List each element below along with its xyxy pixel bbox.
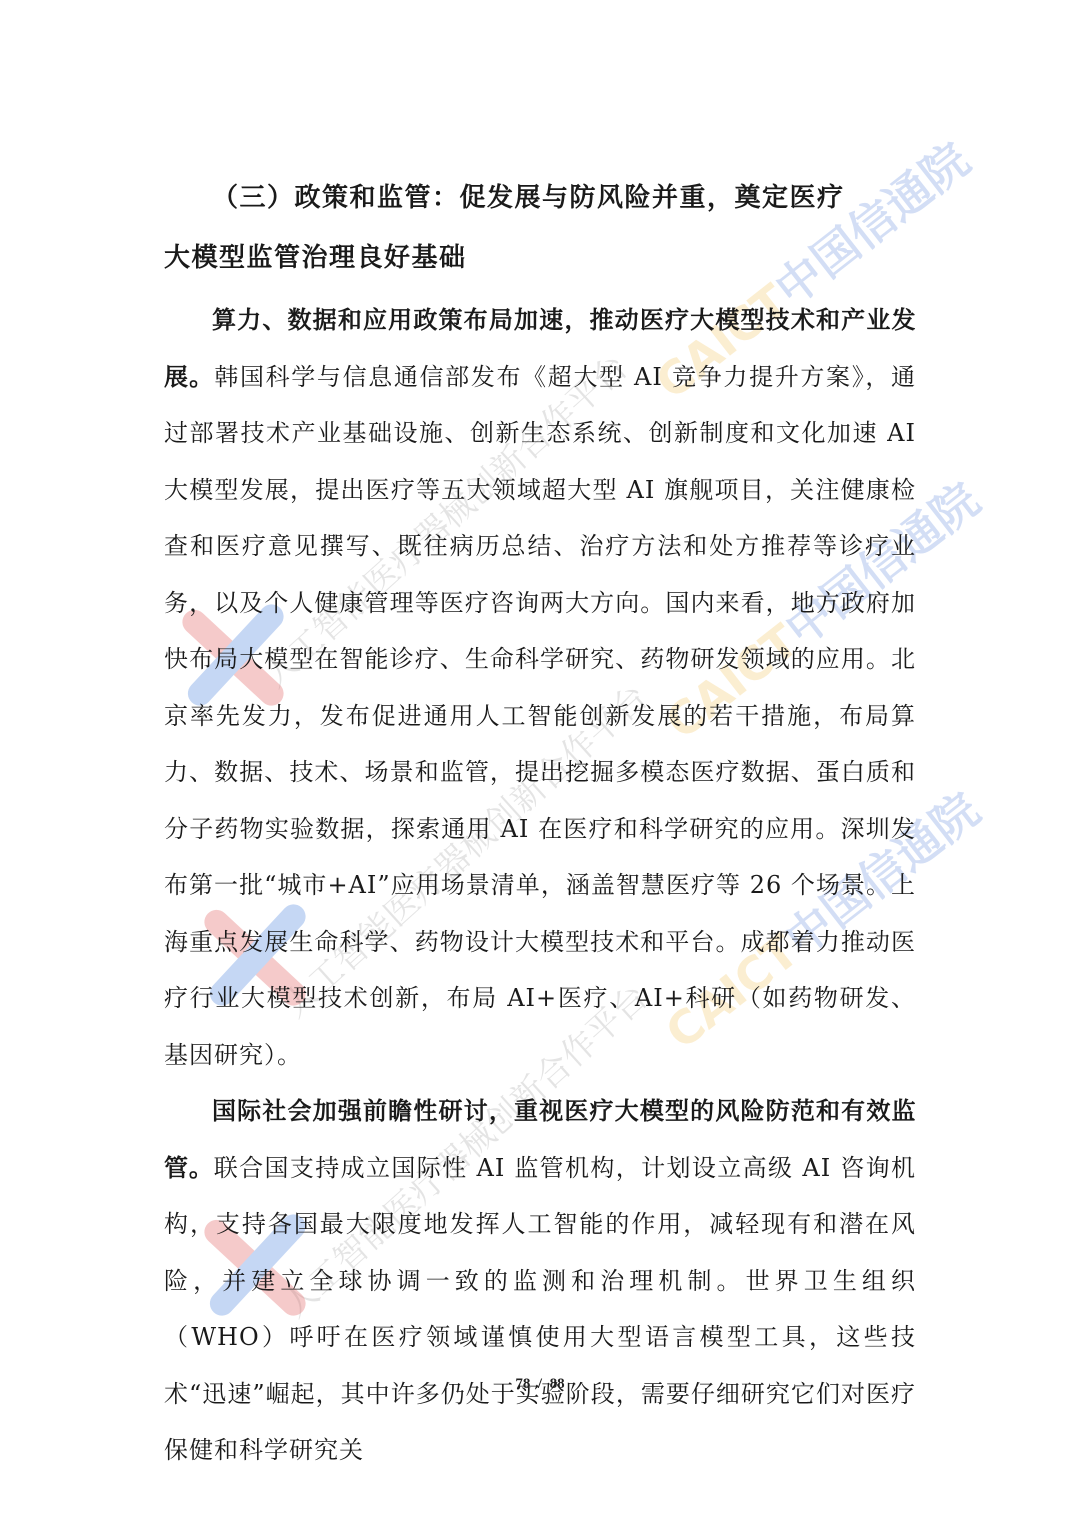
section-heading-line-2: 大模型监管治理良好基础	[164, 228, 916, 288]
page-current: 78	[515, 1376, 530, 1392]
page-separator: /	[538, 1376, 542, 1392]
section-heading: （三）政策和监管：促发展与防风险并重，奠定医疗 大模型监管治理良好基础	[164, 168, 916, 288]
paragraph-regulation: 国际社会加强前瞻性研讨，重视医疗大模型的风险防范和有效监管。联合国支持成立国际性…	[164, 1083, 916, 1479]
section-heading-line-1: （三）政策和监管：促发展与防风险并重，奠定医疗	[164, 168, 916, 228]
page-total: 88	[550, 1376, 565, 1392]
document-page: CAICT中国信通院 CAICT中国信通院 CAICT中国信通院 人工智能医疗器…	[0, 0, 1080, 1528]
document-body: （三）政策和监管：促发展与防风险并重，奠定医疗 大模型监管治理良好基础 算力、数…	[164, 168, 916, 1479]
paragraph-text: 联合国支持成立国际性 AI 监管机构，计划设立高级 AI 咨询机构，支持各国最大…	[164, 1154, 916, 1465]
page-number: 78 / 88	[0, 1376, 1080, 1393]
paragraph-text: 韩国科学与信息通信部发布《超大型 AI 竞争力提升方案》，通过部署技术产业基础设…	[164, 363, 916, 1069]
paragraph-policy: 算力、数据和应用政策布局加速，推动医疗大模型技术和产业发展。韩国科学与信息通信部…	[164, 292, 916, 1083]
